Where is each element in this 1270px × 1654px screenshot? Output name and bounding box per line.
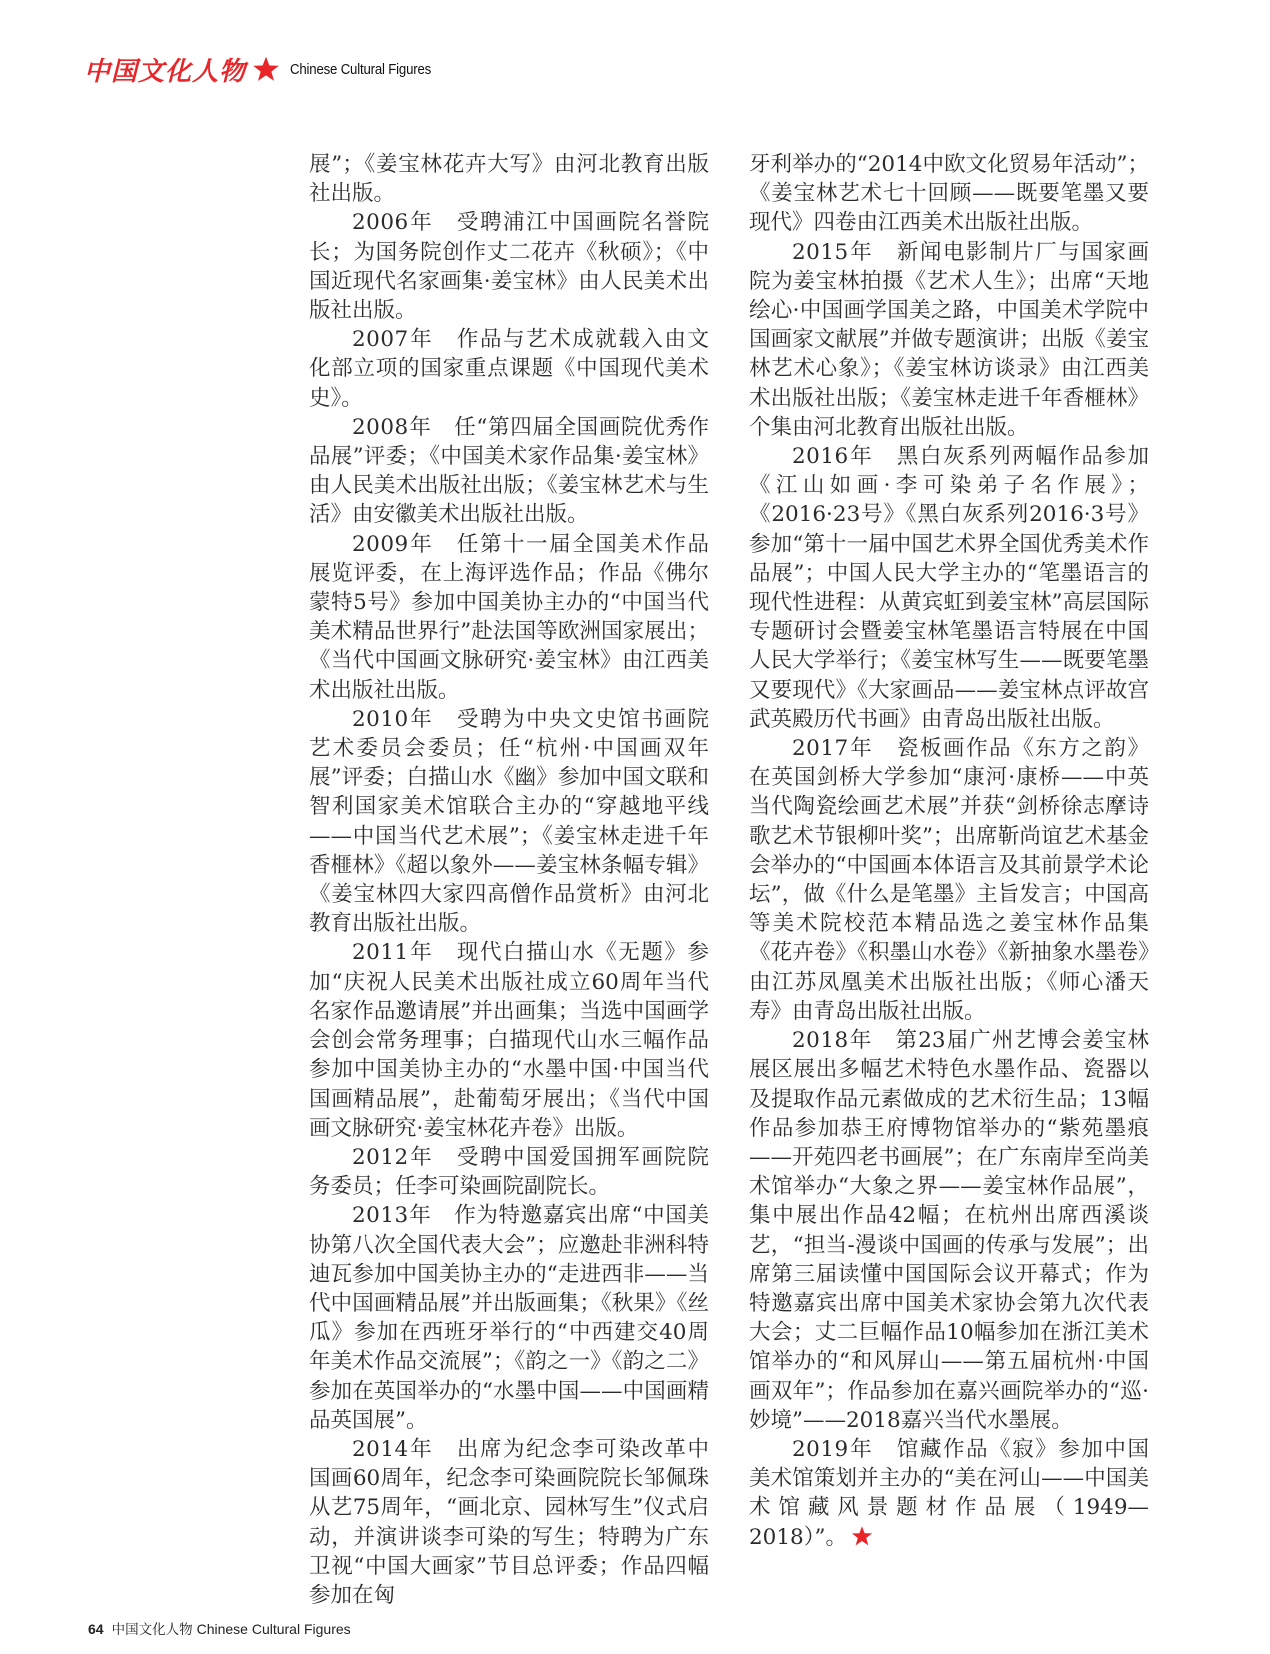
magazine-header: 中国文化人物 Chinese Cultural Figures [84,52,450,86]
footer-publication-en: Chinese Cultural Figures [197,1621,351,1637]
bio-paragraph: 2010年 受聘为中央文史馆书画院艺术委员会委员；任“杭州·中国画双年展”评委；… [309,705,709,939]
bio-paragraph: 2018年 第23届广州艺博会姜宝林展区展出多幅艺术特色水墨作品、瓷器以及提取作… [749,1026,1149,1435]
paragraph-text: 第23届广州艺博会姜宝林展区展出多幅艺术特色水墨作品、瓷器以及提取作品元素做成的… [749,1028,1149,1433]
bio-paragraph: 2014年 出席为纪念李可染改革中国画60周年，纪念李可染画院院长邹佩珠从艺75… [309,1435,709,1610]
year-label: 2006年 [352,210,434,235]
page-number: 64 [88,1621,104,1637]
bio-paragraph: 牙利举办的“2014中欧文化贸易年活动”；《姜宝林艺术七十回顾——既要笔墨又要现… [749,150,1149,238]
paragraph-text: 瓷板画作品《东方之韵》在英国剑桥大学参加“康河·康桥——中英当代陶瓷绘画艺术展”… [749,736,1149,1024]
bio-paragraph: 2009年 任第十一届全国美术作品展览评委，在上海评选作品；作品《佛尔蒙特5号》… [309,530,709,705]
bio-paragraph: 2011年 现代白描山水《无题》参加“庆祝人民美术出版社成立60周年当代名家作品… [309,938,709,1142]
year-label: 2017年 [792,736,874,761]
paragraph-text: 出席为纪念李可染改革中国画60周年，纪念李可染画院院长邹佩珠从艺75周年，“画北… [309,1437,709,1608]
year-label: 2008年 [352,415,432,440]
year-label: 2018年 [792,1028,873,1053]
year-label: 2016年 [792,444,874,469]
year-label: 2013年 [352,1203,432,1228]
paragraph-text: 受聘为中央文史馆书画院艺术委员会委员；任“杭州·中国画双年展”评委；白描山水《幽… [309,707,709,936]
paragraph-text: 现代白描山水《无题》参加“庆祝人民美术出版社成立60周年当代名家作品邀请展”并出… [309,940,709,1140]
year-label: 2009年 [352,532,434,557]
year-label: 2012年 [352,1145,434,1170]
paragraph-text: 黑白灰系列两幅作品参加《江山如画·李可染弟子名作展》；《2016·23号》《黑白… [749,444,1149,732]
brand-logo-cn: 中国文化人物 [84,51,246,88]
paragraph-text: 展”；《姜宝林花卉大写》由河北教育出版社出版。 [309,152,709,206]
paragraph-text: 作为特邀嘉宾出席“中国美协第八次全国代表大会”；应邀赴非洲科特迪瓦参加中国美协主… [309,1203,709,1432]
bio-paragraph: 展”；《姜宝林花卉大写》由河北教育出版社出版。 [309,150,709,208]
bio-paragraph: 2017年 瓷板画作品《东方之韵》在英国剑桥大学参加“康河·康桥——中英当代陶瓷… [749,734,1149,1026]
year-label: 2014年 [352,1437,434,1462]
year-label: 2007年 [352,327,434,352]
footer-publication-cn: 中国文化人物 [112,1618,193,1638]
paragraph-text: 新闻电影制片厂与国家画院为姜宝林拍摄《艺术人生》；出席“天地绘心·中国画学国美之… [749,240,1149,440]
year-label: 2019年 [792,1437,874,1462]
page-footer: 64 中国文化人物 Chinese Cultural Figures [88,1618,351,1638]
bio-paragraph: 2012年 受聘中国爱国拥军画院院务委员；任李可染画院副院长。 [309,1143,709,1201]
year-label: 2010年 [352,707,434,732]
paragraph-text: 牙利举办的“2014中欧文化贸易年活动”；《姜宝林艺术七十回顾——既要笔墨又要现… [749,152,1149,235]
bio-paragraph: 2015年 新闻电影制片厂与国家画院为姜宝林拍摄《艺术人生》；出席“天地绘心·中… [749,238,1149,442]
right-text-column: 牙利举办的“2014中欧文化贸易年活动”；《姜宝林艺术七十回顾——既要笔墨又要现… [749,150,1149,1552]
year-label: 2011年 [352,940,434,965]
left-text-column: 展”；《姜宝林花卉大写》由河北教育出版社出版。2006年 受聘浦江中国画院名誉院… [309,150,709,1610]
bio-paragraph: 2006年 受聘浦江中国画院名誉院长；为国务院创作丈二花卉《秋硕》；《中国近现代… [309,208,709,325]
brand-logo-en: Chinese Cultural Figures [290,61,431,78]
bio-paragraph: 2008年 任“第四届全国画院优秀作品展”评委；《中国美术家作品集·姜宝林》由人… [309,413,709,530]
paragraph-text: 任第十一届全国美术作品展览评委，在上海评选作品；作品《佛尔蒙特5号》参加中国美协… [309,532,709,703]
year-label: 2015年 [792,240,874,265]
bio-paragraph: 2016年 黑白灰系列两幅作品参加《江山如画·李可染弟子名作展》；《2016·2… [749,442,1149,734]
star-icon [252,55,280,83]
bio-paragraph: 2019年 馆藏作品《寂》参加中国美术馆策划并主办的“美在河山——中国美术馆藏风… [749,1435,1149,1552]
bio-paragraph: 2007年 作品与艺术成就载入由文化部立项的国家重点课题《中国现代美术史》。 [309,325,709,413]
end-star-icon [851,1525,873,1547]
bio-paragraph: 2013年 作为特邀嘉宾出席“中国美协第八次全国代表大会”；应邀赴非洲科特迪瓦参… [309,1201,709,1435]
